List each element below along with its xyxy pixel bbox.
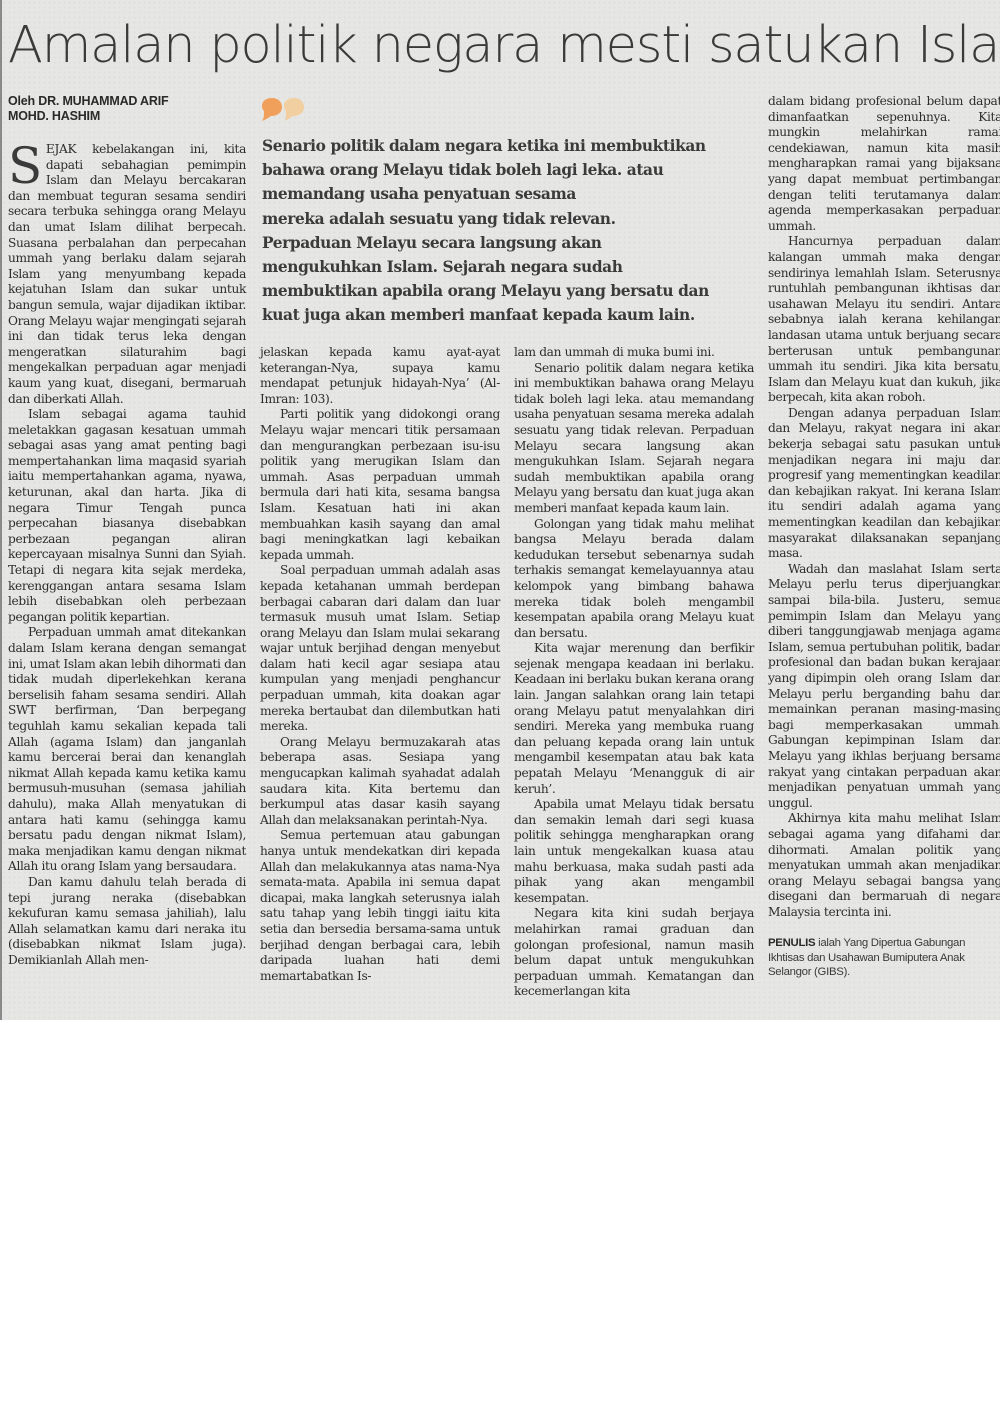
paragraph: jelaskan kepada kamu ayat-ayat keteranga…	[260, 345, 500, 407]
paragraph: dalam bidang profesional belum dapat dim…	[768, 94, 1000, 234]
paragraph: lam dan ummah di muka bumi ini.	[514, 345, 754, 361]
pull-quote-line: membuktikan apabila orang Melayu yang be…	[262, 279, 752, 303]
paragraph: Hancurnya perpaduan dalam kalangan ummah…	[768, 234, 1000, 406]
headline: Amalan politik negara mesti satukan Isla…	[8, 14, 998, 78]
article-column-1: SEJAK kebelakangan ini, kita dapati seba…	[8, 142, 246, 968]
paragraph: Parti politik yang didokongi orang Melay…	[260, 407, 500, 563]
writer-note: PENULIS ialah Yang Dipertua Gabungan Ikh…	[768, 936, 1000, 980]
byline-line-2: MOHD. HASHIM	[8, 109, 248, 124]
pull-quote-line: mereka adalah sesuatu yang tidak relevan…	[262, 207, 752, 231]
byline-line-1: Oleh DR. MUHAMMAD ARIF	[8, 94, 248, 109]
paragraph: Islam sebagai agama tauhid meletakkan ga…	[8, 407, 246, 625]
pull-quote-line: mengukuhkan Islam. Sejarah negara sudah	[262, 255, 752, 279]
pull-quote-line: memandang usaha penyatuan sesama	[262, 182, 752, 206]
paragraph: Soal perpaduan ummah adalah asas kepada …	[260, 563, 500, 735]
paragraph: Senario politik dalam negara ketika ini …	[514, 361, 754, 517]
drop-cap: S	[8, 144, 42, 188]
paragraph: SEJAK kebelakangan ini, kita dapati seba…	[8, 142, 246, 407]
paragraph: Negara kita kini sudah berjaya melahirka…	[514, 906, 754, 1000]
pull-quote-line: Senario politik dalam negara ketika ini …	[262, 134, 752, 158]
pull-quote-line: bahawa orang Melayu tidak boleh lagi lek…	[262, 158, 752, 182]
pull-quote: Senario politik dalam negara ketika ini …	[262, 134, 752, 328]
paragraph: Dan kamu dahulu telah berada di tepi jur…	[8, 875, 246, 969]
paragraph: Golongan yang tidak mahu melihat bangsa …	[514, 517, 754, 642]
pull-quote-line: kuat juga akan memberi manfaat kepada ka…	[262, 303, 752, 327]
article-column-2: jelaskan kepada kamu ayat-ayat keteranga…	[260, 345, 500, 984]
paragraph: Semua pertemuan atau gabungan hanya untu…	[260, 828, 500, 984]
paragraph: Orang Melayu bermuzakarah atas beberapa …	[260, 735, 500, 829]
paragraph-text: EJAK kebelakangan ini, kita dapati sebah…	[8, 142, 246, 406]
speech-bubble-quote-icon	[260, 96, 310, 122]
pull-quote-line: Perpaduan Melayu secara langsung akan	[262, 231, 752, 255]
paragraph: Akhirnya kita mahu melihat Islam sebagai…	[768, 811, 1000, 920]
byline: Oleh DR. MUHAMMAD ARIF MOHD. HASHIM	[8, 94, 248, 124]
paragraph: Apabila umat Melayu tidak bersatu dan se…	[514, 797, 754, 906]
paragraph: Wadah dan maslahat Islam serta Melayu pe…	[768, 562, 1000, 812]
newspaper-clipping: Amalan politik negara mesti satukan Isla…	[0, 0, 1000, 1020]
paragraph: Perpaduan ummah amat ditekankan dalam Is…	[8, 625, 246, 875]
article-column-4: dalam bidang profesional belum dapat dim…	[768, 94, 1000, 980]
paragraph: Kita wajar merenung dan berfikir sejenak…	[514, 641, 754, 797]
writer-label: PENULIS	[768, 937, 815, 949]
article-column-3: lam dan ummah di muka bumi ini. Senario …	[514, 345, 754, 1000]
paragraph: Dengan adanya perpaduan Islam dan Melayu…	[768, 406, 1000, 562]
